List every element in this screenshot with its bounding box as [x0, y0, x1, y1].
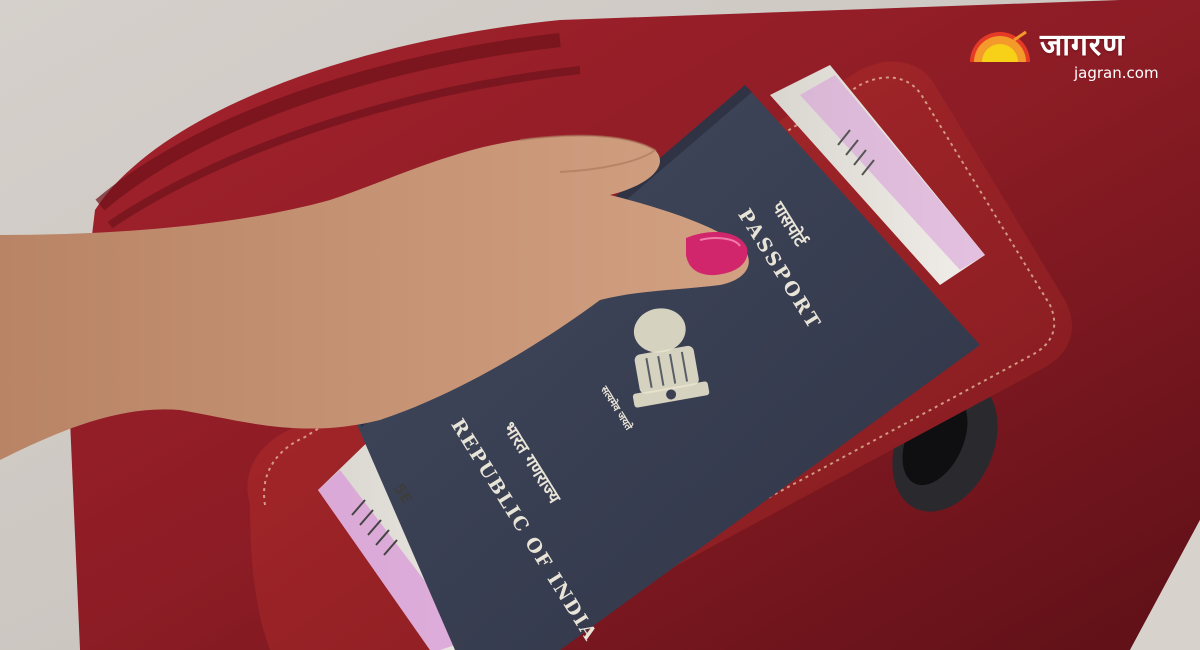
rising-sun-icon — [968, 32, 1030, 64]
photo-illustration — [0, 0, 1200, 650]
logo-domain: jagran.com — [1074, 64, 1159, 82]
logo-brand-hindi: जागरण — [1040, 26, 1125, 66]
jagran-logo[interactable]: जागरण jagran.com — [968, 28, 1178, 88]
photo-scene: पासपोर्ट PASSPORT सत्यमेव जयते भारत गणरा… — [0, 0, 1200, 650]
